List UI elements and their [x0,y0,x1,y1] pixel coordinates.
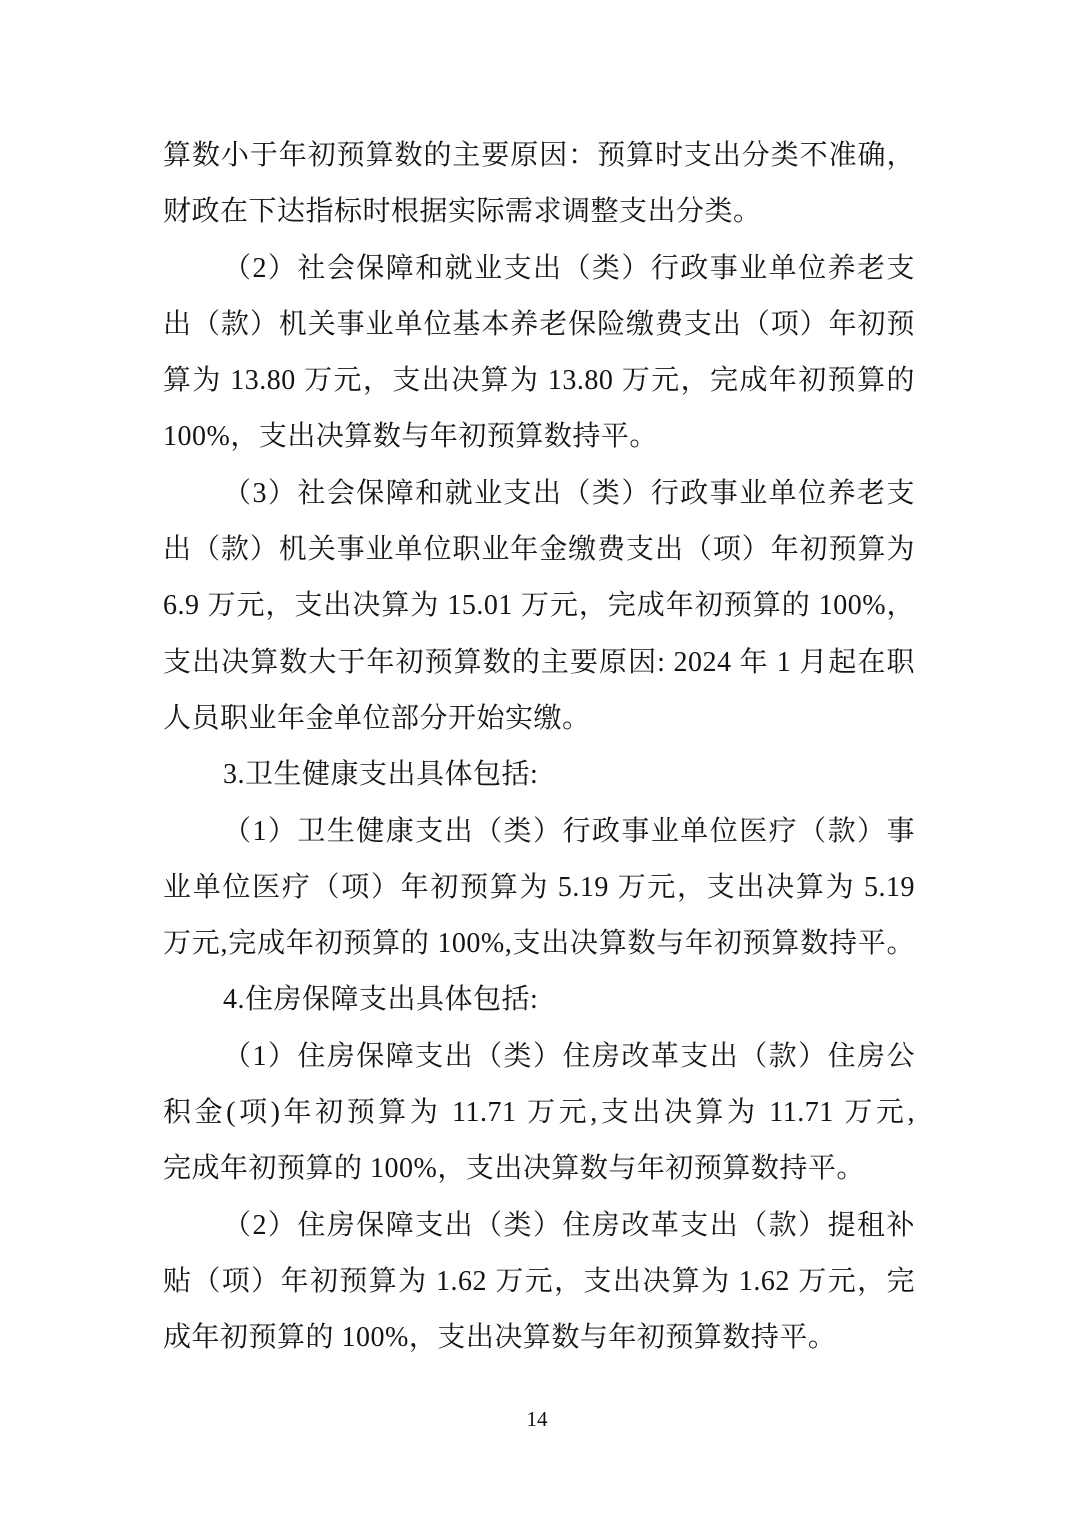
doc-line: （1）卫生健康支出（类）行政事业单位医疗（款）事 [163,804,915,860]
doc-line section-heading: 3.卫生健康支出具体包括: [163,747,915,803]
doc-line: 万元,完成年初预算的 100%,支出决算数与年初预算数持平。 [163,916,915,972]
doc-line: 业单位医疗（项）年初预算为 5.19 万元，支出决算为 5.19 [163,860,915,916]
page-number: 14 [0,1404,1074,1434]
doc-line: 算数小于年初预算数的主要原因：预算时支出分类不准确， [163,128,915,184]
document-page: 算数小于年初预算数的主要原因：预算时支出分类不准确， 财政在下达指标时根据实际需… [0,0,1074,1520]
doc-line: 出（款）机关事业单位基本养老保险缴费支出（项）年初预 [163,297,915,353]
doc-line: 100%，支出决算数与年初预算数持平。 [163,409,915,465]
doc-line: （1）住房保障支出（类）住房改革支出（款）住房公 [163,1029,915,1085]
doc-line: 支出决算数大于年初预算数的主要原因: 2024 年 1 月起在职 [163,635,915,691]
doc-line: 完成年初预算的 100%，支出决算数与年初预算数持平。 [163,1141,915,1197]
doc-line: （2）住房保障支出（类）住房改革支出（款）提租补 [163,1198,915,1254]
doc-line: 6.9 万元，支出决算为 15.01 万元，完成年初预算的 100%， [163,578,915,634]
doc-line: 财政在下达指标时根据实际需求调整支出分类。 [163,184,915,240]
doc-line: 贴（项）年初预算为 1.62 万元，支出决算为 1.62 万元，完 [163,1254,915,1310]
doc-line: 算为 13.80 万元，支出决算为 13.80 万元，完成年初预算的 [163,353,915,409]
page-body: 算数小于年初预算数的主要原因：预算时支出分类不准确， 财政在下达指标时根据实际需… [163,128,915,1367]
doc-line: 出（款）机关事业单位职业年金缴费支出（项）年初预算为 [163,522,915,578]
doc-line: （2）社会保障和就业支出（类）行政事业单位养老支 [163,241,915,297]
doc-line: 人员职业年金单位部分开始实缴。 [163,691,915,747]
doc-line: 成年初预算的 100%，支出决算数与年初预算数持平。 [163,1310,915,1366]
doc-line: （3）社会保障和就业支出（类）行政事业单位养老支 [163,466,915,522]
doc-line: 积金(项)年初预算为 11.71 万元,支出决算为 11.71 万元, [163,1085,915,1141]
doc-line section-heading: 4.住房保障支出具体包括: [163,972,915,1028]
